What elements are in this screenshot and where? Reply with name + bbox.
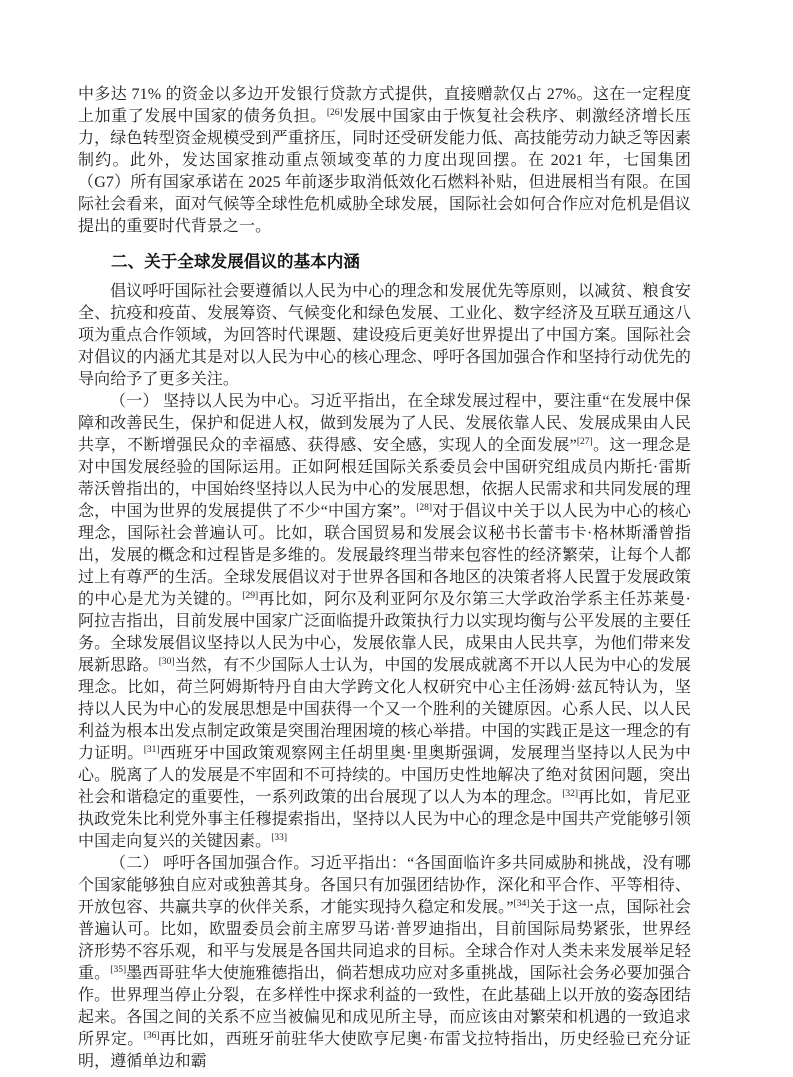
footnote-ref: [29] [242, 591, 258, 601]
page-body: 中多达 71% 的资金以多边开发银行贷款方式提供，直接赠款仅占 27%。这在一定… [78, 84, 691, 1073]
footnote-ref: [31] [144, 745, 160, 755]
footnote-ref: [26] [327, 108, 343, 118]
footnote-ref: [35] [110, 965, 126, 975]
paragraph: 倡议呼吁国际社会要遵循以人民为中心的理念和发展优先等原则，以减贫、粮食安全、抗疫… [78, 281, 691, 391]
section-heading: 二、关于全球发展倡议的基本内涵 [78, 251, 691, 273]
footnote-ref: [36] [144, 1031, 160, 1041]
footnote-ref: [32] [562, 789, 578, 799]
footnote-ref: [28] [416, 503, 432, 513]
footnote-ref: [34] [514, 899, 530, 909]
footnote-ref: [33] [271, 833, 287, 843]
text-run: 倡议呼吁国际社会要遵循以人民为中心的理念和发展优先等原则，以减贫、粮食安全、抗疫… [78, 283, 691, 388]
footnote-ref: [30] [159, 657, 175, 667]
page-number: · 7 · [595, 992, 715, 1009]
paragraph: （一） 坚持以人民为中心。习近平指出，在全球发展过程中，要注重“在发展中保障和改… [78, 391, 691, 853]
paragraph: （二） 呼吁各国加强合作。习近平指出：“各国面临许多共同威胁和挑战，没有哪个国家… [78, 853, 691, 1073]
text-run: 发展中国家由于恢复社会秩序、刺激经济增长压力，绿色转型资金规模受到严重挤压，同时… [78, 108, 691, 235]
footnote-ref: [27] [577, 437, 593, 447]
paragraph: 中多达 71% 的资金以多边开发银行贷款方式提供，直接赠款仅占 27%。这在一定… [78, 84, 691, 238]
text-run: 再比如，西班牙前驻华大使欧亨尼奥·布雷戈拉特指出，历史经验已充分证明，遵循单边和… [78, 1031, 691, 1070]
document-page: 中多达 71% 的资金以多边开发银行贷款方式提供，直接赠款仅占 27%。这在一定… [0, 0, 793, 1077]
text-run: 二、关于全球发展倡议的基本内涵 [111, 253, 360, 271]
